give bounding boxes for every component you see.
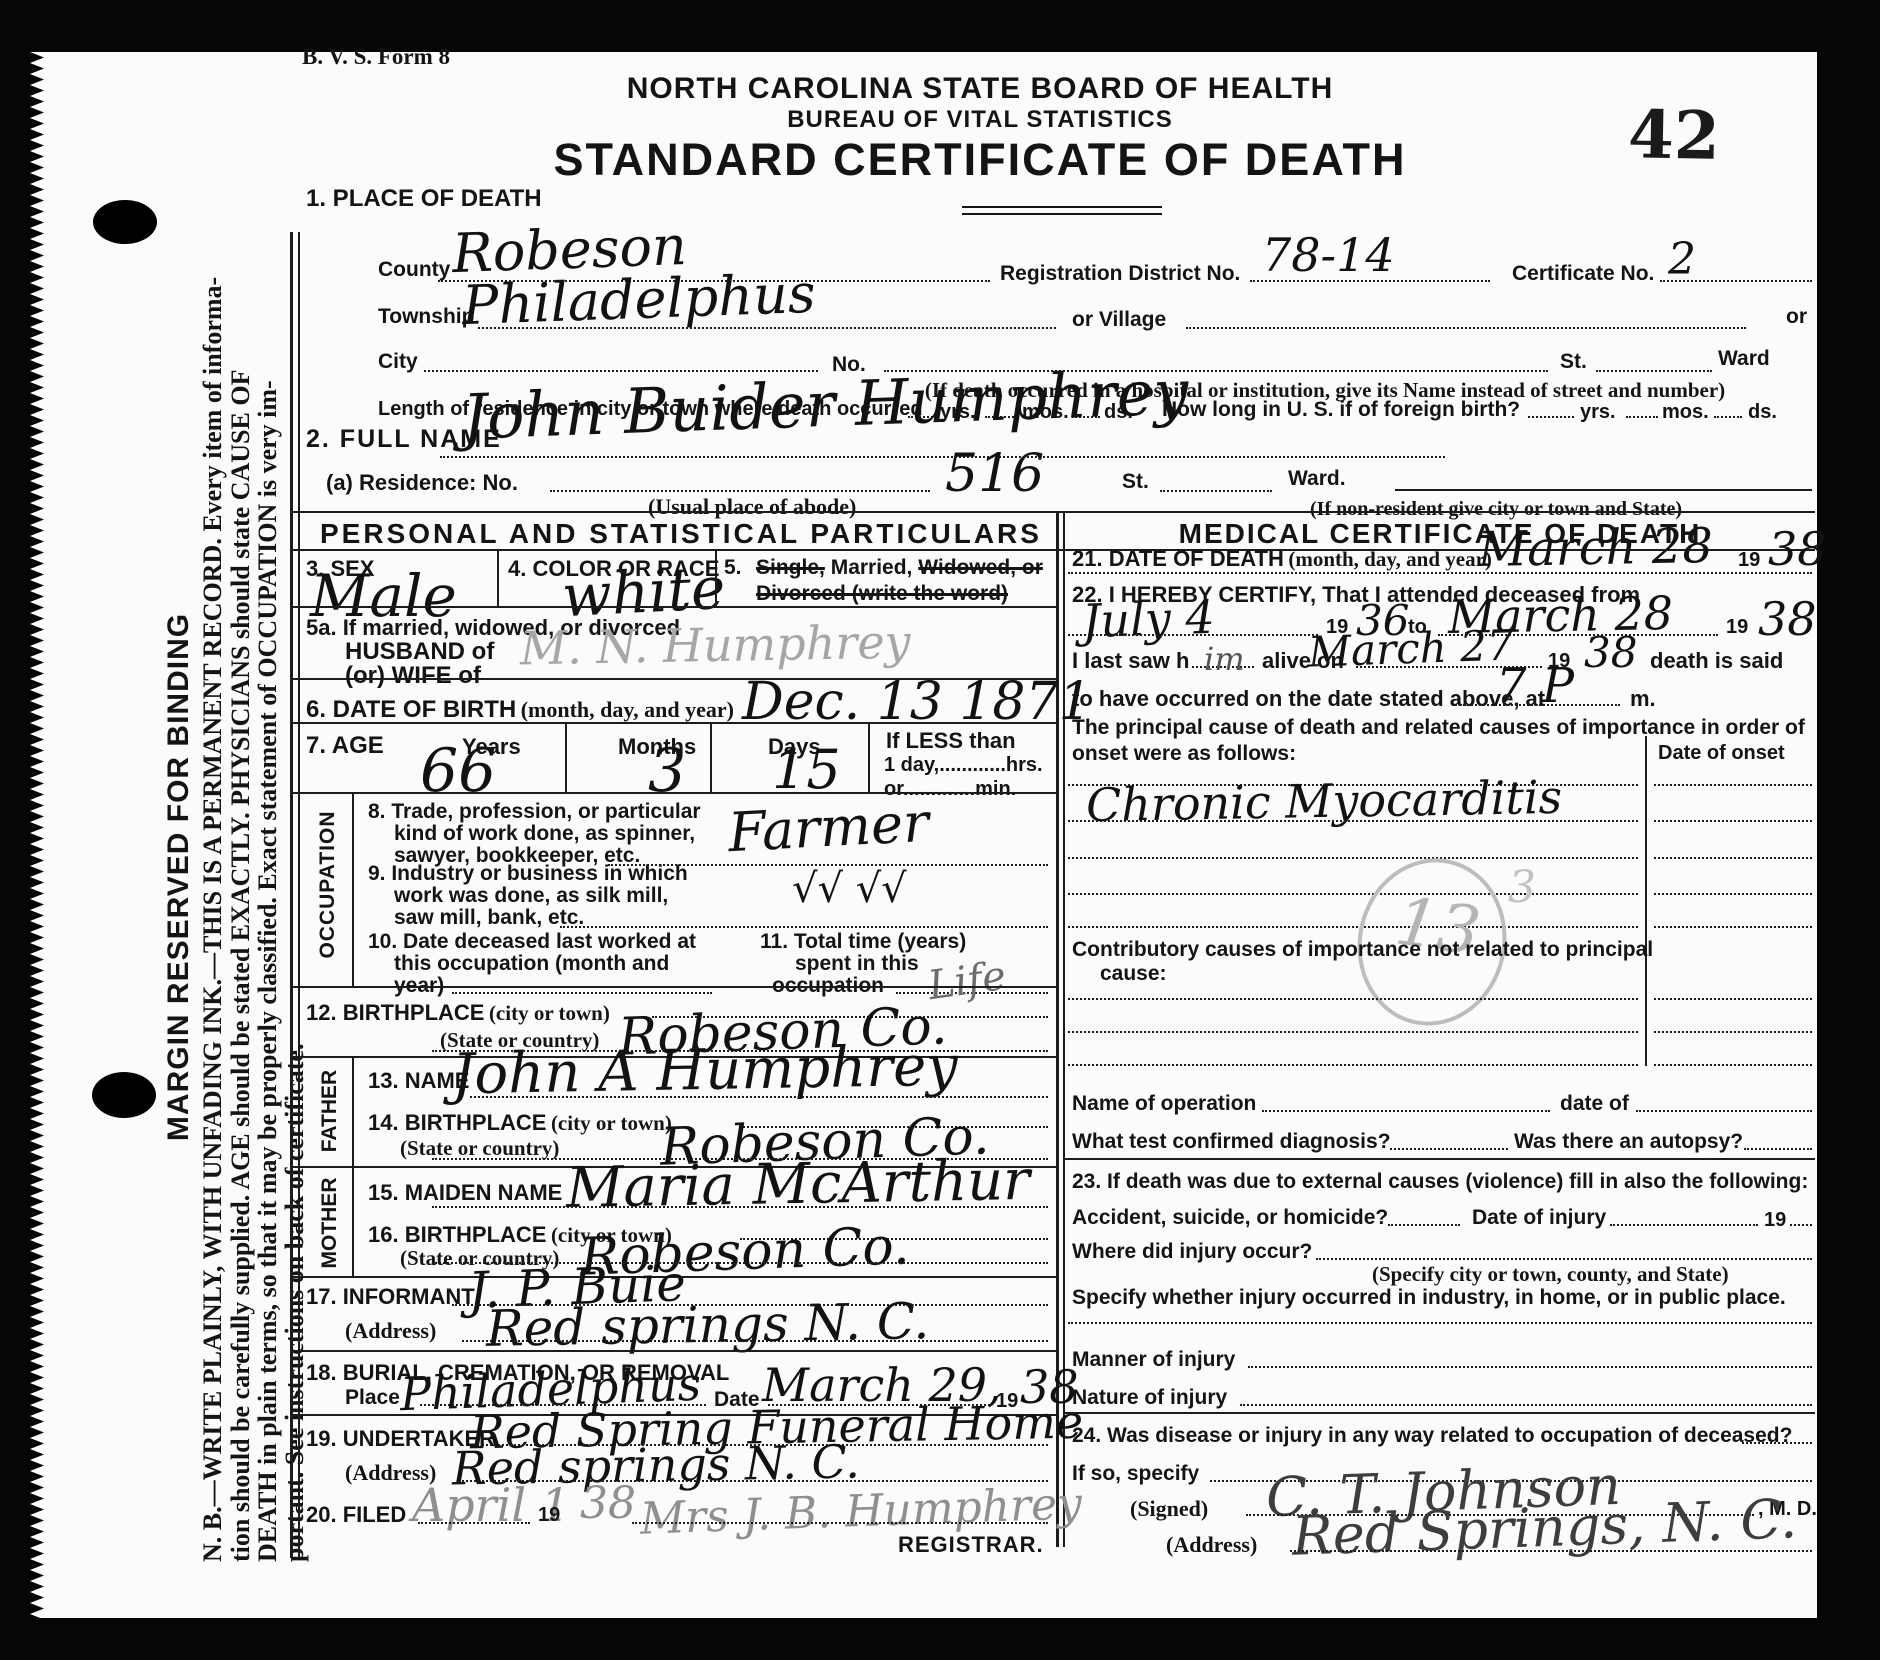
principal-cause-label-1: The principal cause of death and related… xyxy=(1072,716,1805,740)
item22-from-value: July 4 xyxy=(1081,590,1215,649)
dotted-line xyxy=(1528,416,1574,418)
where-injury-label: Where did injury occur? xyxy=(1072,1240,1312,1264)
registrar-label: REGISTRAR. xyxy=(898,1532,1044,1558)
dotted-line xyxy=(1248,1366,1812,1368)
item8-label-2: kind of work done, as spinner, xyxy=(394,822,695,846)
item11-label-1: 11. Total time (years) xyxy=(760,930,966,954)
if-so-specify-label: If so, specify xyxy=(1072,1462,1199,1486)
item9-value-checkmarks: √√ √√ xyxy=(792,866,907,912)
title-underline-rule xyxy=(962,206,1162,215)
dob-label-note: (month, day, and year) xyxy=(521,697,734,722)
item14-city-note: (city or town) xyxy=(551,1111,672,1135)
specify-place-label: Specify whether injury occurred in indus… xyxy=(1072,1286,1786,1310)
contributory-label-1: Contributory causes of importance not re… xyxy=(1072,938,1653,962)
dotted-line xyxy=(1250,280,1490,282)
item12-city-note: (city or town) xyxy=(489,1001,610,1025)
cell-divider xyxy=(715,549,717,607)
item8-value: Farmer xyxy=(726,791,930,864)
occurred-at-label: to have occurred on the date stated abov… xyxy=(1072,686,1545,712)
dotted-line xyxy=(1654,784,1812,786)
manner-of-injury-label: Manner of injury xyxy=(1072,1348,1235,1372)
dotted-line xyxy=(462,1340,1048,1342)
item17-label: 17. INFORMANT xyxy=(306,1284,475,1310)
item22-to-year-value: 38 xyxy=(1758,592,1817,646)
margin-note-line4: portant. See instructions on back of cer… xyxy=(280,57,310,1562)
dotted-line xyxy=(1262,1110,1550,1112)
rule-line xyxy=(290,792,1056,794)
rule-line xyxy=(1395,489,1812,491)
marital-married: Married, xyxy=(831,556,919,579)
residence-value: 516 xyxy=(945,444,1044,504)
signed-label: (Signed) xyxy=(1130,1496,1208,1522)
stamp-number: 42 xyxy=(1627,95,1720,175)
org-title: NORTH CAROLINA STATE BOARD OF HEALTH xyxy=(420,72,1540,106)
item24-label: 24. Was disease or injury in any way rel… xyxy=(1072,1424,1792,1448)
item15-value: Maria McArthur xyxy=(565,1148,1030,1221)
dotted-line xyxy=(1742,1442,1812,1444)
rule-line xyxy=(290,986,1056,988)
rule-line xyxy=(290,606,1056,608)
dotted-line xyxy=(1744,1148,1812,1150)
dotted-line xyxy=(1160,490,1272,492)
cell-divider xyxy=(352,792,354,986)
dotted-line xyxy=(1596,370,1712,372)
physician-address-label: (Address) xyxy=(1166,1532,1257,1558)
if-less-label-1: If LESS than xyxy=(886,728,1016,754)
occupation-side-label: OCCUPATION xyxy=(316,797,340,972)
dotted-line xyxy=(1068,857,1638,859)
rule-line xyxy=(290,1350,1056,1352)
dotted-line xyxy=(1654,893,1812,895)
date-of-onset-label: Date of onset xyxy=(1658,742,1785,765)
dotted-line xyxy=(1654,926,1812,928)
dotted-line xyxy=(1068,634,1318,636)
dotted-line xyxy=(550,490,930,492)
city-label: City xyxy=(378,350,418,374)
nature-of-injury-label: Nature of injury xyxy=(1072,1386,1227,1410)
dotted-line xyxy=(1660,280,1812,282)
item23-label: 23. If death was due to external causes … xyxy=(1072,1170,1808,1194)
item20-label: 20. FILED xyxy=(306,1502,406,1528)
him-handwritten: im xyxy=(1204,640,1245,678)
mos-label: mos. xyxy=(1662,401,1709,424)
abode-note: (Usual place of abode) xyxy=(648,494,856,520)
injury-year-prefix: 19 xyxy=(1764,1209,1786,1232)
city-st-label: St. xyxy=(1560,350,1587,374)
father-side-label: FATHER xyxy=(318,1060,342,1162)
item9-label-2: work was done, as silk mill, xyxy=(394,884,668,908)
dotted-line xyxy=(1316,1258,1812,1260)
mother-side-label: MOTHER xyxy=(318,1172,342,1274)
scanned-death-certificate: MARGIN RESERVED FOR BINDING N. B.—WRITE … xyxy=(0,0,1880,1660)
marital-single-struck: Single, xyxy=(756,556,825,579)
place-of-death-heading: 1. PLACE OF DEATH xyxy=(306,185,542,213)
item21-year-prefix: 19 xyxy=(1738,549,1760,572)
torn-left-edge xyxy=(30,52,58,1618)
item16-label: 16. BIRTHPLACE xyxy=(368,1222,546,1247)
form-border-left-inner xyxy=(298,232,300,1558)
dotted-line xyxy=(1790,1224,1812,1226)
form-number: B. V. S. Form 8 xyxy=(302,44,450,70)
registration-district-value: 78-14 xyxy=(1262,228,1395,282)
dotted-line xyxy=(1388,1224,1460,1226)
accident-label: Accident, suicide, or homicide? xyxy=(1072,1206,1388,1230)
dotted-line xyxy=(1068,572,1812,574)
residence-ward-label: Ward. xyxy=(1288,467,1346,491)
item8-label-1: 8. Trade, profession, or particular xyxy=(368,800,701,824)
dotted-line xyxy=(1186,327,1746,329)
cell-divider xyxy=(868,722,870,792)
dotted-line xyxy=(1390,1148,1508,1150)
marital-widowed-struck: Widowed, or xyxy=(918,556,1043,579)
if-less-label-2: 1 day,............hrs. xyxy=(884,754,1043,777)
marital-divorced-struck: Divorced (write the word) xyxy=(756,582,1008,606)
rule-line xyxy=(290,722,1056,724)
death-is-said-label: death is said xyxy=(1650,648,1783,674)
spouse-value-pencil: M. N. Humphrey xyxy=(520,615,911,676)
residence-label: (a) Residence: No. xyxy=(326,470,518,496)
dotted-line xyxy=(1654,998,1812,1000)
cause-of-death-value: Chronic Myocarditis xyxy=(1086,770,1563,832)
county-label: County xyxy=(378,258,450,282)
dotted-line xyxy=(1626,416,1658,418)
marital-number: 5. xyxy=(724,556,742,580)
item21-label: 21. DATE OF DEATH xyxy=(1072,546,1284,571)
rule-line xyxy=(1065,1412,1815,1414)
item21-year-value: 38 xyxy=(1768,522,1827,576)
dotted-line xyxy=(1068,998,1638,1000)
item12-label: 12. BIRTHPLACE xyxy=(306,1000,484,1025)
item21-label-note: (month, day, and year) xyxy=(1288,547,1492,571)
last-saw-value: March 27 xyxy=(1307,620,1514,676)
dotted-line xyxy=(1654,1031,1812,1033)
punch-hole-bottom xyxy=(92,1072,156,1118)
last-saw-year-value: 38 xyxy=(1584,628,1637,677)
dotted-line xyxy=(440,456,1445,458)
certificate-no-label: Certificate No. xyxy=(1512,262,1654,286)
dotted-line xyxy=(1068,893,1638,895)
item20-year-pencil: 38 xyxy=(580,1478,636,1529)
form-border-left-outer xyxy=(290,232,293,1558)
age-months-value: 3 xyxy=(648,736,686,806)
item21-value: March 28 xyxy=(1478,518,1714,578)
item20-year-prefix: 19 xyxy=(538,1504,560,1527)
dotted-line xyxy=(432,1206,1048,1208)
date-of-injury-label: Date of injury xyxy=(1472,1206,1606,1230)
cell-divider xyxy=(565,722,567,792)
item11-label-2: spent in this xyxy=(795,952,919,976)
dotted-line xyxy=(1290,1550,1812,1552)
dotted-line xyxy=(1636,1110,1812,1112)
township-label: Township xyxy=(378,305,474,329)
dotted-line xyxy=(1654,820,1812,822)
dotted-line xyxy=(1068,1322,1812,1324)
item15-label: 15. MAIDEN NAME xyxy=(368,1180,562,1206)
contributory-label-2: cause: xyxy=(1100,962,1167,986)
dotted-line xyxy=(1068,1064,1638,1066)
last-saw-label: I last saw h xyxy=(1072,648,1189,674)
item22-to-year-prefix: 19 xyxy=(1726,616,1748,639)
dotted-line xyxy=(478,327,1056,329)
or-village-label: or Village xyxy=(1072,308,1166,332)
dotted-line xyxy=(1240,1404,1812,1406)
item18-place-label: Place xyxy=(345,1386,400,1410)
bureau-title: BUREAU OF VITAL STATISTICS xyxy=(420,106,1540,134)
date-of-label: date of xyxy=(1560,1092,1629,1116)
item17-address-label: (Address) xyxy=(345,1318,436,1344)
item9-label-1: 9. Industry or business in which xyxy=(368,862,688,886)
dotted-line xyxy=(452,992,712,994)
occurred-time-value: 7 P xyxy=(1496,658,1574,714)
dob-label: 6. DATE OF BIRTH xyxy=(306,696,516,723)
registration-district-label: Registration District No. xyxy=(1000,262,1240,286)
ds-label: ds. xyxy=(1748,401,1777,424)
test-label: What test confirmed diagnosis? xyxy=(1072,1130,1391,1154)
dotted-line xyxy=(1714,416,1742,418)
item14-label: 14. BIRTHPLACE xyxy=(368,1110,546,1135)
margin-note-line2: tion should be carefully supplied. AGE s… xyxy=(226,57,256,1562)
rule-line xyxy=(290,511,1815,513)
item9-label-3: saw mill, bank, etc. xyxy=(394,906,584,930)
dotted-line xyxy=(1068,820,1638,822)
or-label: or xyxy=(1786,305,1807,329)
dotted-line xyxy=(1068,1031,1638,1033)
operation-label: Name of operation xyxy=(1072,1092,1256,1116)
punch-hole-top xyxy=(93,200,157,244)
dotted-line xyxy=(470,1096,1048,1098)
dotted-line xyxy=(560,926,1048,928)
pencil-small-mark: 3 xyxy=(1508,862,1536,913)
cell-divider xyxy=(710,722,712,792)
foreign-birth-label: How long in U. S. if of foreign birth? xyxy=(1162,398,1520,422)
margin-note-line3: DEATH in plain terms, so that it may be … xyxy=(253,57,283,1562)
dotted-line xyxy=(1654,1064,1812,1066)
dotted-line xyxy=(1654,857,1812,859)
dotted-line xyxy=(418,1522,530,1524)
rule-line xyxy=(1065,1158,1815,1160)
item17-address-value: Red springs N. C. xyxy=(486,1292,930,1358)
dotted-line xyxy=(632,1522,1048,1524)
certificate-title: STANDARD CERTIFICATE OF DEATH xyxy=(420,134,1540,186)
cell-divider xyxy=(497,549,499,607)
age-label: 7. AGE xyxy=(306,732,384,760)
city-ward-label: Ward xyxy=(1718,347,1770,371)
age-years-value: 66 xyxy=(420,736,496,806)
certificate-no-value: 2 xyxy=(1668,234,1696,285)
principal-cause-label-2: onset were as follows: xyxy=(1072,742,1296,766)
residence-st-label: St. xyxy=(1122,470,1149,494)
item10-label-2: this occupation (month and xyxy=(394,952,669,976)
margin-binding-note: MARGIN RESERVED FOR BINDING xyxy=(162,436,196,1318)
personal-section-heading: PERSONAL AND STATISTICAL PARTICULARS xyxy=(320,518,1040,550)
township-value: Philadelphus xyxy=(461,262,816,337)
specify-city-note: (Specify city or town, county, and State… xyxy=(1372,1262,1729,1287)
meridiem-label: m. xyxy=(1630,686,1656,712)
dotted-line xyxy=(1610,1224,1758,1226)
yrs-label: yrs. xyxy=(1580,401,1616,424)
margin-note-line1: N. B.—WRITE PLAINLY, WITH UNFADING INK.—… xyxy=(198,57,228,1562)
autopsy-label: Was there an autopsy? xyxy=(1514,1130,1743,1154)
onset-column-divider xyxy=(1645,736,1647,1066)
dotted-line xyxy=(1068,926,1638,928)
wife-of-label: (or) WIFE of xyxy=(345,662,481,690)
item10-label-1: 10. Date deceased last worked at xyxy=(368,930,696,954)
